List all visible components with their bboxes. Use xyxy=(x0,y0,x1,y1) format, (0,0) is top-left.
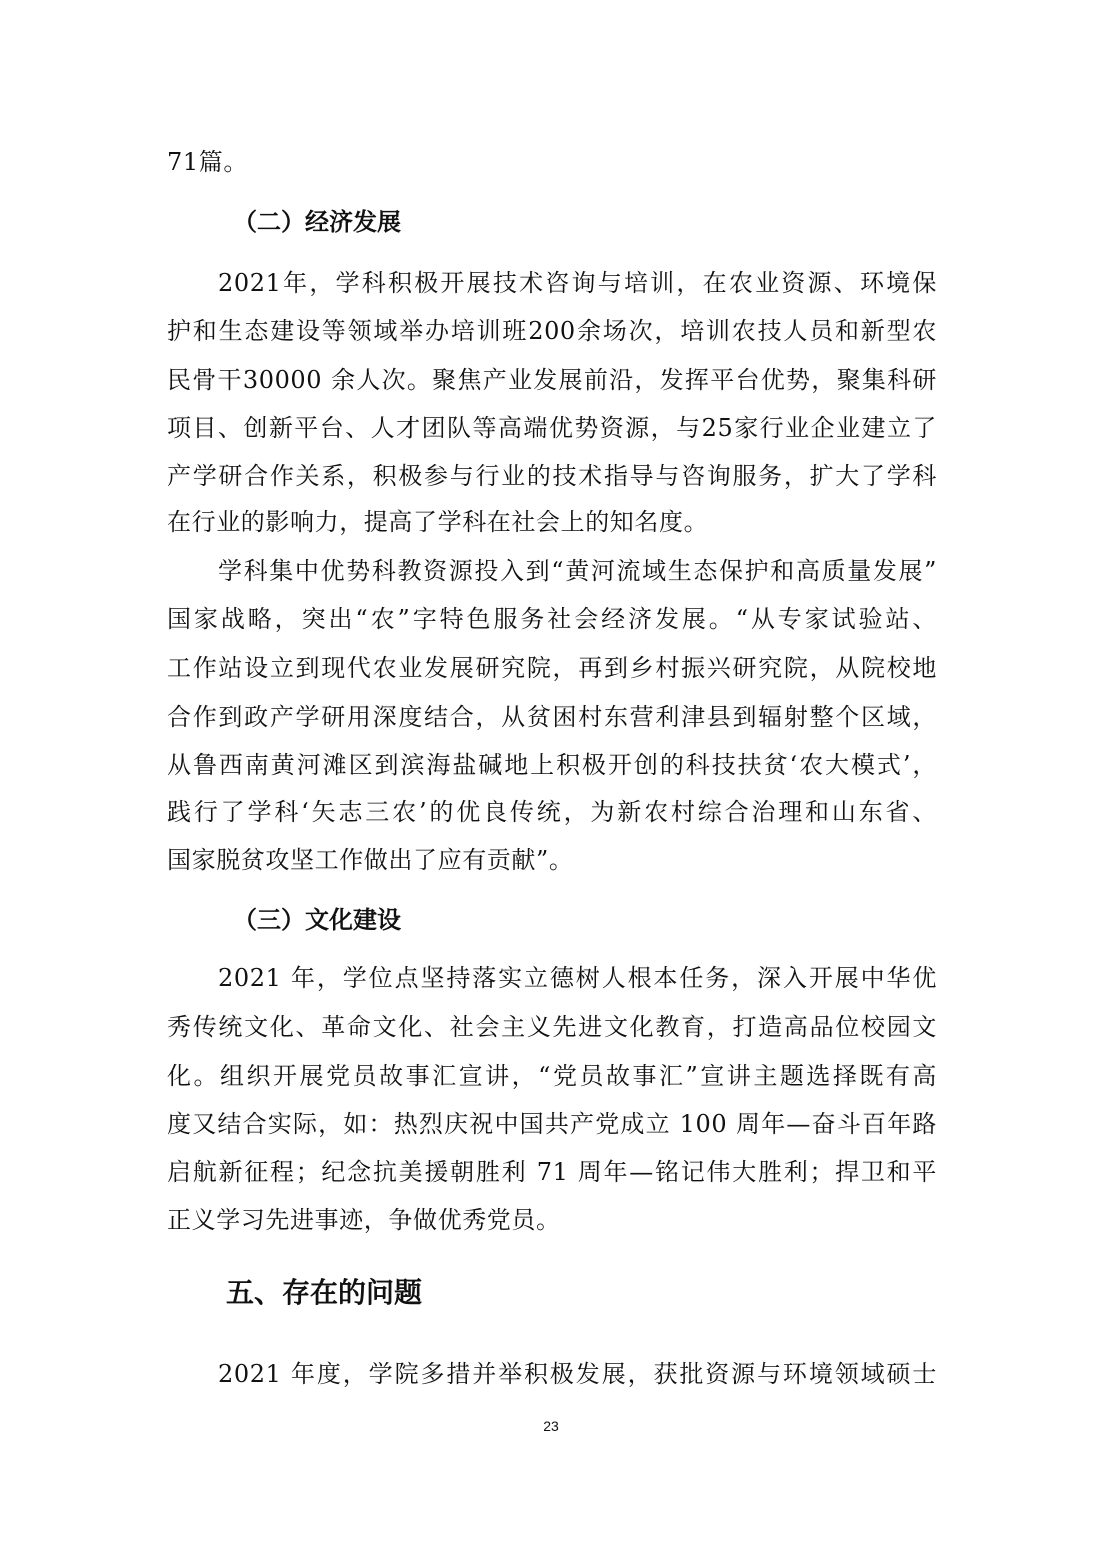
body-text-line: 2021 年，学位点坚持落实立德树人根本任务，深入开展中华优 xyxy=(218,963,937,993)
section-heading-economic: （二）经济发展 xyxy=(233,207,401,237)
body-text-line: 护和生态建设等领域举办培训班200余场次，培训农技人员和新型农 xyxy=(167,316,937,346)
body-text-line: 合作到政产学研用深度结合，从贫困村东营利津县到辐射整个区域， xyxy=(167,702,937,732)
body-text-line: 产学研合作关系，积极参与行业的技术指导与咨询服务，扩大了学科 xyxy=(167,461,937,491)
body-text-line: 度又结合实际，如：热烈庆祝中国共产党成立 100 周年—奋斗百年路 xyxy=(167,1109,937,1139)
section-heading-culture: （三）文化建设 xyxy=(233,905,401,935)
body-text-line: 民骨干30000 余人次。聚焦产业发展前沿，发挥平台优势，聚集科研 xyxy=(167,365,937,395)
page-number: 23 xyxy=(0,1418,1102,1434)
body-text-line: 秀传统文化、革命文化、社会主义先进文化教育，打造高品位校园文 xyxy=(167,1012,937,1042)
document-page: 71篇。 （二）经济发展 2021年，学科积极开展技术咨询与培训，在农业资源、环… xyxy=(0,0,1102,1559)
body-text-line: 学科集中优势科教资源投入到“黄河流域生态保护和高质量发展” xyxy=(218,556,937,586)
body-text-line: 国家战略，突出“农”字特色服务社会经济发展。“从专家试验站、 xyxy=(167,604,937,634)
body-text-line: 启航新征程；纪念抗美援朝胜利 71 周年—铭记伟大胜利；捍卫和平 xyxy=(167,1157,937,1187)
body-text-line: 正义学习先进事迹，争做优秀党员。 xyxy=(167,1205,937,1235)
body-text-line: 践行了学科‘矢志三农’的优良传统，为新农村综合治理和山东省、 xyxy=(167,797,937,827)
body-text-line: 项目、创新平台、人才团队等高端优势资源，与25家行业企业建立了 xyxy=(167,413,937,443)
chapter-heading-problems: 五、存在的问题 xyxy=(226,1276,422,1310)
body-text-line: 从鲁西南黄河滩区到滨海盐碱地上积极开创的科技扶贫‘农大模式’， xyxy=(167,750,937,780)
body-text-line: 2021年，学科积极开展技术咨询与培训，在农业资源、环境保 xyxy=(218,268,937,298)
body-text-line: 在行业的影响力，提高了学科在社会上的知名度。 xyxy=(167,507,937,537)
body-text-line: 国家脱贫攻坚工作做出了应有贡献”。 xyxy=(167,845,937,875)
body-text-line: 2021 年度，学院多措并举积极发展，获批资源与环境领域硕士 xyxy=(218,1359,937,1389)
body-text-line: 工作站设立到现代农业发展研究院，再到乡村振兴研究院，从院校地 xyxy=(167,653,937,683)
body-text-line: 71篇。 xyxy=(167,147,937,177)
body-text-line: 化。组织开展党员故事汇宣讲，“党员故事汇”宣讲主题选择既有高 xyxy=(167,1061,937,1091)
